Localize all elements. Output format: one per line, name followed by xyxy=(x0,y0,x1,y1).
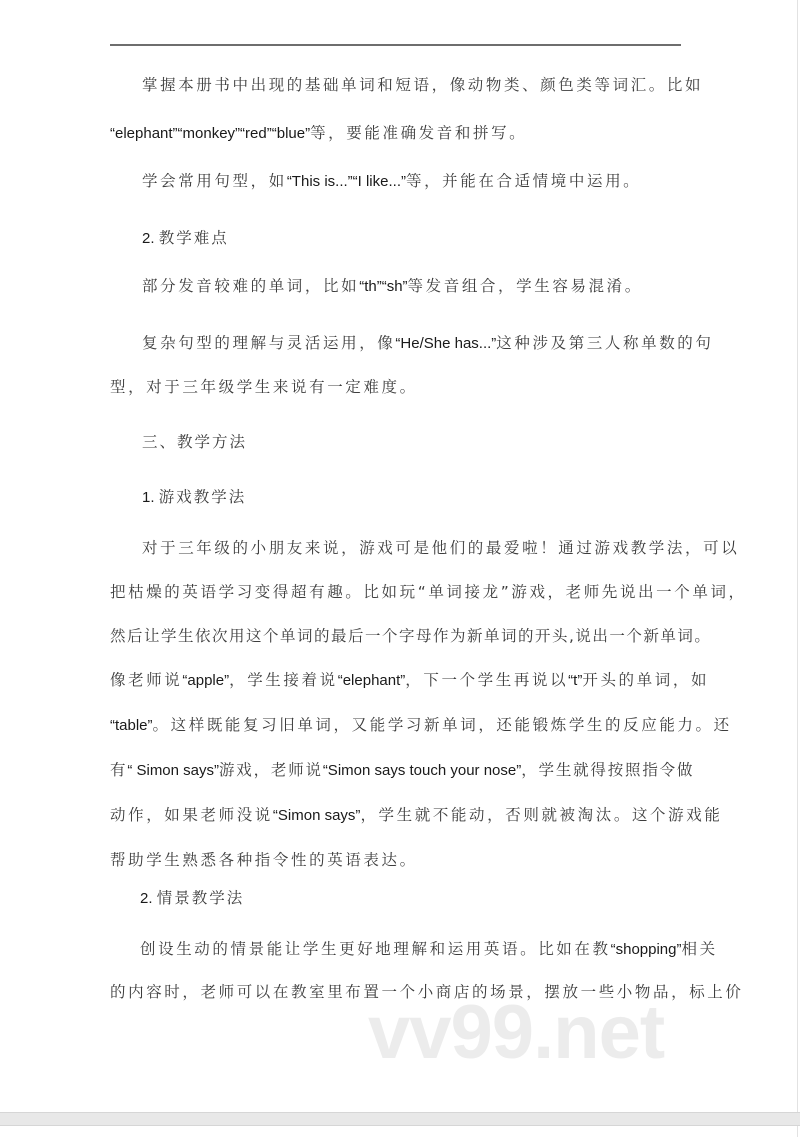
text-run: 有 xyxy=(110,761,127,779)
text-run: 等，要能准确发音和拼写。 xyxy=(310,124,527,142)
text-run: 游戏，老师说 xyxy=(219,761,323,779)
section-heading-text: 三、教学方法 xyxy=(142,433,247,451)
paragraph-vocabulary-line-1: 掌握本册书中出现的基础单词和短语，像动物类、颜色类等词汇。比如 xyxy=(142,75,703,95)
text-run: 复杂句型的理解与灵活运用，像 xyxy=(142,334,395,352)
english-word: “t” xyxy=(568,672,582,689)
heading-number: 1. xyxy=(142,489,159,506)
english-phrase: “Simon says” xyxy=(273,807,361,824)
heading-number: 2. xyxy=(140,890,157,907)
english-phrase: “Simon says touch your nose” xyxy=(323,762,521,779)
paragraph-complex-sentences-line-2: 型，对于三年级学生来说有一定难度。 xyxy=(110,377,418,397)
paragraph-vocabulary-line-2: “elephant”“monkey”“red”“blue”等，要能准确发音和拼写… xyxy=(110,123,527,144)
text-run: 等，并能在合适情境中运用。 xyxy=(406,172,641,190)
english-phrase: “He/She has...” xyxy=(395,335,496,352)
heading-teaching-difficulties: 2. 教学难点 xyxy=(142,228,229,249)
english-phrase: “th”“sh” xyxy=(359,278,407,295)
heading-text: 游戏教学法 xyxy=(159,488,247,506)
text-run: 帮助学生熟悉各种指令性的英语表达。 xyxy=(110,851,418,869)
text-run: 。这样既能复习旧单词，又能学习新单词，还能锻炼学生的反应能力。还 xyxy=(153,716,732,734)
text-run: 然后让学生依次用这个单词的最后一个字母作为新单词的开头,说出一个新单词。 xyxy=(110,627,711,645)
heading-number: 2. xyxy=(142,230,159,247)
paragraph-sentence-patterns: 学会常用句型，如“This is...”“I like...”等，并能在合适情境… xyxy=(142,171,641,192)
text-run: 掌握本册书中出现的基础单词和短语，像动物类、颜色类等词汇。比如 xyxy=(142,76,703,94)
text-run: ，学生就得按照指令做 xyxy=(521,761,694,779)
text-run: 动作，如果老师没说 xyxy=(110,806,273,824)
text-run: 等发音组合，学生容易混淆。 xyxy=(408,277,643,295)
section-heading-teaching-methods: 三、教学方法 xyxy=(142,432,247,452)
header-rule xyxy=(110,44,681,46)
text-run: 这种涉及第三人称单数的句 xyxy=(496,334,713,352)
paragraph-game-line-8: 帮助学生熟悉各种指令性的英语表达。 xyxy=(110,850,418,870)
heading-situational-teaching: 2. 情景教学法 xyxy=(140,888,244,909)
next-page xyxy=(0,1126,798,1137)
paragraph-game-line-2: 把枯燥的英语学习变得超有趣。比如玩“单词接龙”游戏，老师先说出一个单词， xyxy=(110,582,747,602)
text-run: ，下一个学生再说以 xyxy=(405,671,568,689)
text-run: 型，对于三年级学生来说有一定难度。 xyxy=(110,378,418,396)
heading-text: 教学难点 xyxy=(159,229,229,247)
english-word: “shopping” xyxy=(611,941,682,958)
paragraph-game-line-6: 有“ Simon says”游戏，老师说“Simon says touch yo… xyxy=(110,760,694,781)
text-run: 把枯燥的英语学习变得超有趣。比如玩“单词接龙”游戏，老师先说出一个单词， xyxy=(110,583,747,601)
paragraph-game-line-7: 动作，如果老师没说“Simon says”，学生就不能动，否则就被淘汰。这个游戏… xyxy=(110,805,722,826)
paragraph-game-line-4: 像老师说“apple”，学生接着说“elephant”，下一个学生再说以“t”开… xyxy=(110,670,709,691)
paragraph-game-line-1: 对于三年级的小朋友来说，游戏可是他们的最爱啦！通过游戏教学法，可以 xyxy=(142,538,739,558)
text-run: 相关 xyxy=(682,940,718,958)
text-run: ，学生就不能动，否则就被淘汰。这个游戏能 xyxy=(360,806,722,824)
paragraph-situational-line-1: 创设生动的情景能让学生更好地理解和运用英语。比如在教“shopping”相关 xyxy=(140,939,718,960)
english-word: “elephant” xyxy=(338,672,406,689)
english-word: “table” xyxy=(110,717,153,734)
text-run: 开头的单词，如 xyxy=(582,671,709,689)
page-separator xyxy=(0,1112,800,1126)
english-word: “apple” xyxy=(182,672,229,689)
text-run: 像老师说 xyxy=(110,671,182,689)
paragraph-game-line-5: “table”。这样既能复习旧单词，又能学习新单词，还能锻炼学生的反应能力。还 xyxy=(110,715,732,736)
text-run: 部分发音较难的单词，比如 xyxy=(142,277,359,295)
english-phrase: “This is...”“I like...” xyxy=(287,173,406,190)
text-run: 对于三年级的小朋友来说，游戏可是他们的最爱啦！通过游戏教学法，可以 xyxy=(142,539,739,557)
paragraph-complex-sentences-line-1: 复杂句型的理解与灵活运用，像“He/She has...”这种涉及第三人称单数的… xyxy=(142,333,714,354)
paragraph-game-line-3: 然后让学生依次用这个单词的最后一个字母作为新单词的开头,说出一个新单词。 xyxy=(110,626,711,646)
english-phrase: “ Simon says” xyxy=(127,762,219,779)
text-run: 学会常用句型，如 xyxy=(142,172,287,190)
heading-game-teaching: 1. 游戏教学法 xyxy=(142,487,246,508)
heading-text: 情景教学法 xyxy=(157,889,245,907)
paragraph-pronunciation: 部分发音较难的单词，比如“th”“sh”等发音组合，学生容易混淆。 xyxy=(142,276,643,297)
english-words: “elephant”“monkey”“red”“blue” xyxy=(110,125,310,142)
document-page: 掌握本册书中出现的基础单词和短语，像动物类、颜色类等词汇。比如 “elephan… xyxy=(0,0,798,1112)
text-run: ，学生接着说 xyxy=(229,671,338,689)
text-run: 创设生动的情景能让学生更好地理解和运用英语。比如在教 xyxy=(140,940,611,958)
watermark: vv99.net xyxy=(368,995,664,1071)
